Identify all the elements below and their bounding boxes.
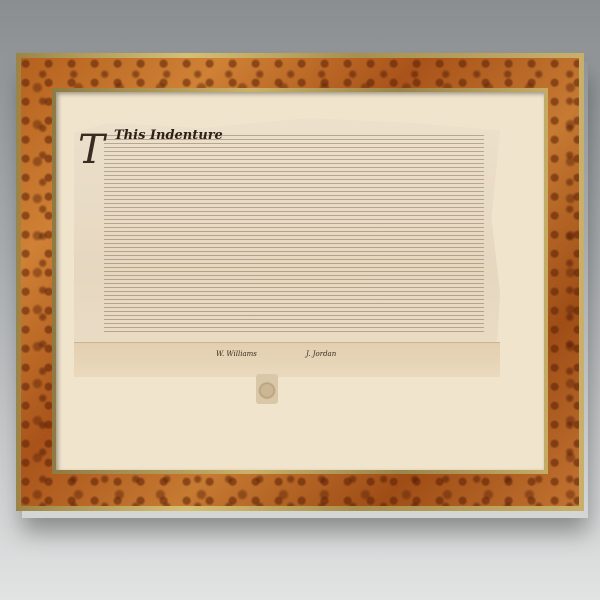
picture-frame: T This Indenture W. Williams J. Jordan <box>16 53 584 511</box>
decorated-initial: T <box>78 126 112 174</box>
parchment-fold <box>74 342 500 377</box>
signature-right: J. Jordan <box>306 350 336 358</box>
wax-seal-icon <box>256 374 278 404</box>
burl-veneer-border: T This Indenture W. Williams J. Jordan <box>21 58 579 506</box>
document-heading: This Indenture <box>114 128 223 143</box>
signature-left: W. Williams <box>216 350 257 358</box>
gilt-inner-slip: T This Indenture W. Williams J. Jordan <box>52 88 548 474</box>
mount-board: T This Indenture W. Williams J. Jordan <box>56 92 544 470</box>
handwritten-text <box>104 132 484 332</box>
